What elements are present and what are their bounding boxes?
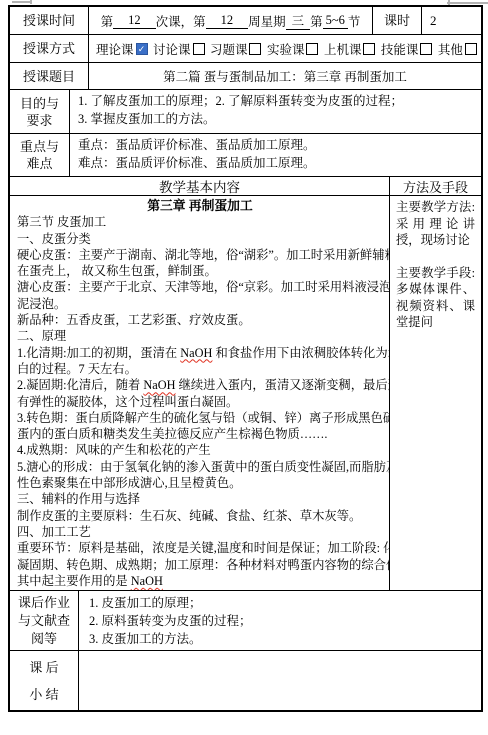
hours-label: 课时 (373, 7, 422, 34)
homework-line: 3. 皮蛋加工的方法。 (89, 630, 471, 648)
objectives-line: 3. 掌握皮蛋加工的方法。 (78, 111, 473, 129)
checkbox-empty-icon[interactable] (249, 43, 261, 55)
class-mode-label: 授课方式 (10, 35, 89, 62)
mode-option-computer[interactable]: 上机课 (324, 40, 376, 58)
teaching-content: 第三章 再制蛋加工 第三节 皮蛋加工 一、皮蛋分类 硬心皮蛋：主要产于湖南、湖北… (10, 196, 390, 590)
content-line: 有弹性的凝胶体，这个过程叫蛋白凝固。 (17, 394, 383, 410)
lesson-plan-table: 授课时间 第12次课，第12周星期三第5~6节 课时 2 授课方式 理论课 ✓ … (8, 5, 483, 712)
fill-blank-lesson-number: 12 (113, 13, 156, 29)
summary-label: 课 后 小 结 (10, 651, 79, 710)
crop-artifact-top-left (12, 1, 32, 3)
content-line: 泥浸泡。 (17, 296, 383, 312)
checkbox-empty-icon[interactable] (465, 43, 477, 55)
content-line: 凝固期、转色期、成熟期；加工原理：各种材料对鸭蛋内容物的综合作用， (17, 557, 383, 573)
row-after-class-summary: 课 后 小 结 (10, 651, 481, 710)
teaching-methods-text: 主要教学方法:采用理论讲授，现场讨论 (396, 199, 475, 249)
mode-option-exercise[interactable]: 习题课 (210, 40, 262, 58)
content-line: 新品种：五香皮蛋，工艺彩蛋、疗效皮蛋。 (17, 312, 383, 328)
mode-option-theory[interactable]: 理论课 ✓ (96, 40, 148, 58)
spellcheck-squiggle-naoh: NaOH (131, 574, 163, 588)
class-topic-value: 第二篇 蛋与蛋制品加工：第三章 再制蛋加工 (89, 63, 481, 89)
content-line: 其中起主要作用的是 NaOH (17, 573, 383, 589)
spellcheck-squiggle-naoh: NaOH (180, 346, 212, 360)
key-points-label: 重点与 难点 (10, 134, 70, 176)
content-header-right: 方法及手段 (390, 177, 481, 195)
methods-column: 主要教学方法:采用理论讲授，现场讨论 主要教学手段:多媒体课件、视频资料、课堂提… (390, 196, 481, 590)
content-header-left: 教学基本内容 (10, 177, 390, 195)
homework-label: 课后作业 与文献查 阅等 (10, 591, 79, 650)
content-line: 5.溏心的形成：由于氢氧化钠的渗入蛋黄中的蛋白质变性凝固,而脂肪及脂溶 (17, 459, 383, 475)
content-line: 第三节 皮蛋加工 (17, 214, 383, 230)
crop-artifact-top-left-tick (30, 0, 32, 4)
content-line: 2.凝固期:化清后，随着 NaOH 继续进入蛋内，蛋清又逐渐变稠，最后形成富 (17, 377, 383, 393)
key-points-content: 重点：蛋品质评价标准、蛋品质加工原理。 难点：蛋品质评价标准、蛋品质加工原理。 (70, 134, 481, 176)
mode-option-skill[interactable]: 技能课 (381, 40, 433, 58)
content-line: 3.转色期：蛋白质降解产生的硫化氢与铅（或铜、锌）离子形成黑色硫化物， (17, 410, 383, 426)
class-mode-options: 理论课 ✓ 讨论课 习题课 实验课 上机课 (89, 35, 481, 62)
checkbox-empty-icon[interactable] (420, 43, 432, 55)
key-point-line: 重点：蛋品质评价标准、蛋品质加工原理。 (78, 137, 473, 155)
spellcheck-squiggle-naoh: NaOH (143, 378, 175, 392)
objectives-content: 1. 了解皮蛋加工的原理；2. 了解原料蛋转变为皮蛋的过程； 3. 掌握皮蛋加工… (70, 90, 481, 133)
row-objectives: 目的与 要求 1. 了解皮蛋加工的原理；2. 了解原料蛋转变为皮蛋的过程； 3.… (10, 90, 481, 134)
chapter-title: 第三章 再制蛋加工 (17, 198, 383, 214)
content-line: 三、辅料的作用与选择 (17, 491, 383, 507)
content-line: 溏心皮蛋：主要产于北京、天津等地，俗“京彩。加工时采用料液浸泡和料 (17, 279, 383, 295)
content-line: 制作皮蛋的主要原料：生石灰、纯碱、食盐、红茶、草木灰等。 (17, 508, 383, 524)
row-main-content: 第三章 再制蛋加工 第三节 皮蛋加工 一、皮蛋分类 硬心皮蛋：主要产于湖南、湖北… (10, 196, 481, 591)
mode-option-other[interactable]: 其他 (438, 40, 477, 58)
crop-artifact-top-right (447, 2, 488, 4)
content-line: 在蛋壳上， 故又称生包蛋，鲜制蛋。 (17, 263, 383, 279)
teaching-means-text: 主要教学手段:多媒体课件、视频资料、课堂提问 (396, 265, 475, 331)
checkbox-empty-icon[interactable] (363, 43, 375, 55)
difficulty-line: 难点：蛋品质评价标准、蛋品质加工原理。 (78, 155, 473, 173)
fill-blank-period: 5~6 (323, 13, 348, 29)
row-class-mode: 授课方式 理论课 ✓ 讨论课 习题课 实验课 (10, 35, 481, 63)
summary-content (79, 651, 481, 710)
content-line: 蛋内的蛋白质和糖类发生美拉德反应产生棕褐色物质……. (17, 426, 383, 442)
fill-blank-week-number: 12 (206, 13, 249, 29)
content-line: 四、加工工艺 (17, 524, 383, 540)
class-time-value: 第12次课，第12周星期三第5~6节 (89, 7, 373, 34)
class-time-label: 授课时间 (10, 7, 89, 34)
mode-option-experiment[interactable]: 实验课 (267, 40, 319, 58)
content-line: 4.成熟期：风味的产生和松花的产生 (17, 442, 383, 458)
row-class-topic: 授课题目 第二篇 蛋与蛋制品加工：第三章 再制蛋加工 (10, 63, 481, 90)
content-line: 硬心皮蛋：主要产于湖南、湖北等地，俗“湖彩”。加工时采用新鲜辅料包 (17, 247, 383, 263)
checkbox-checked-icon[interactable]: ✓ (136, 43, 148, 55)
lesson-plan-page: 授课时间 第12次课，第12周星期三第5~6节 课时 2 授课方式 理论课 ✓ … (0, 0, 488, 735)
homework-line: 2. 原料蛋转变为皮蛋的过程； (89, 612, 471, 630)
objectives-line: 1. 了解皮蛋加工的原理；2. 了解原料蛋转变为皮蛋的过程； (78, 93, 473, 111)
content-line: 二、原理 (17, 328, 383, 344)
checkbox-empty-icon[interactable] (193, 43, 205, 55)
homework-content: 1. 皮蛋加工的原理； 2. 原料蛋转变为皮蛋的过程； 3. 皮蛋加工的方法。 (79, 591, 481, 650)
content-line: 性色素聚集在中部形成溏心,且呈橙黄色。 (17, 475, 383, 491)
checkbox-empty-icon[interactable] (306, 43, 318, 55)
fill-blank-weekday: 三 (286, 11, 311, 30)
homework-line: 1. 皮蛋加工的原理； (89, 594, 471, 612)
row-content-header: 教学基本内容 方法及手段 (10, 177, 481, 196)
content-line: 1.化清期:加工的初期，蛋清在 NaOH 和食盐作用下由浓稠胶体转化为水样蛋 (17, 345, 383, 361)
content-line: 重要环节：原料是基础，浓度是关键,温度和时间是保证；加工阶段: 化清期、 (17, 540, 383, 556)
hours-value: 2 (422, 7, 481, 34)
objectives-label: 目的与 要求 (10, 90, 70, 133)
class-topic-label: 授课题目 (10, 63, 89, 89)
content-line: 一、皮蛋分类 (17, 231, 383, 247)
row-key-points: 重点与 难点 重点：蛋品质评价标准、蛋品质加工原理。 难点：蛋品质评价标准、蛋品… (10, 134, 481, 177)
row-homework: 课后作业 与文献查 阅等 1. 皮蛋加工的原理； 2. 原料蛋转变为皮蛋的过程；… (10, 591, 481, 651)
content-line: 白的过程。7 天左右。 (17, 361, 383, 377)
mode-option-discussion[interactable]: 讨论课 (153, 40, 205, 58)
row-class-time: 授课时间 第12次课，第12周星期三第5~6节 课时 2 (10, 7, 481, 35)
